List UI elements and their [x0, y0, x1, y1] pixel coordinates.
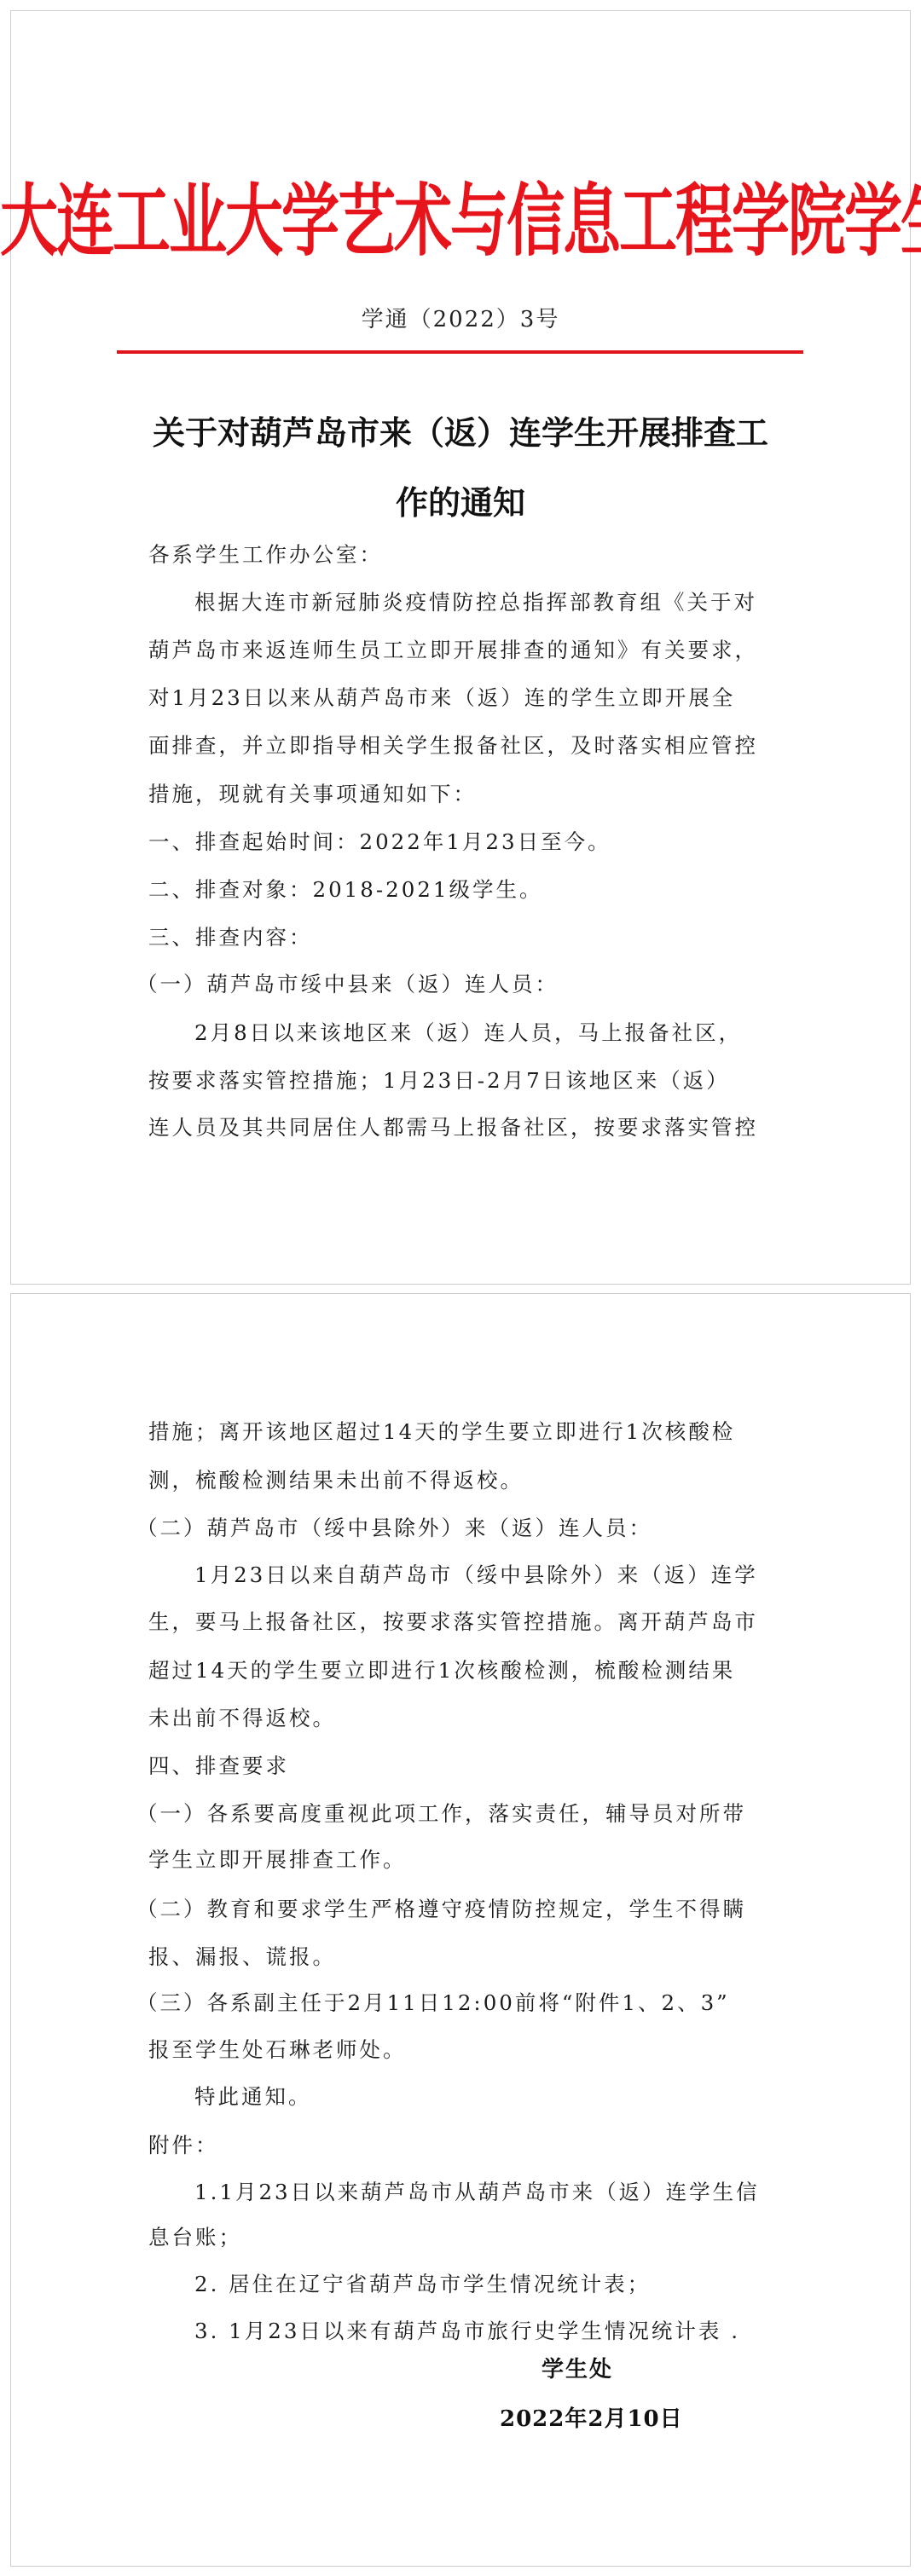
subsection-heading: （二）葫芦岛市（绥中县除外）来（返）连人员： [136, 1515, 652, 1542]
section-heading-2: 二、排查对象：2018-2021级学生。 [148, 876, 542, 904]
requirement-item: （一）各系要高度重视此项工作，落实责任，辅导员对所带 [136, 1800, 746, 1828]
attachment-item-continued: 息台账； [148, 2224, 242, 2251]
body-paragraph-line: 面排查，并立即指导相关学生报备社区，及时落实相应管控 [148, 732, 758, 760]
red-divider [117, 350, 803, 354]
signature-office: 学生处 [542, 2355, 613, 2384]
attachments-label: 附件： [148, 2132, 219, 2159]
body-paragraph-line: 按要求落实管控措施；1月23日-2月7日该地区来（返） [148, 1067, 730, 1095]
body-paragraph-line: 学生立即开展排查工作。 [148, 1846, 407, 1874]
notice-title-line-1: 关于对葫芦岛市来（返）连学生开展排查工 [0, 413, 921, 453]
subsection-heading: （一）葫芦岛市绥中县来（返）连人员： [136, 971, 559, 998]
attachment-item: 2. 居住在辽宁省葫芦岛市学生情况统计表； [194, 2271, 651, 2298]
body-paragraph-line: 对1月23日以来从葫芦岛市来（返）连的学生立即开展全 [148, 684, 735, 712]
body-paragraph-line: 测，梳酸检测结果未出前不得返校。 [148, 1467, 524, 1494]
section-heading-1: 一、排查起始时间：2022年1月23日至今。 [148, 829, 611, 856]
body-paragraph-line: 1月23日以来自葫芦岛市（绥中县除外）来（返）连学 [194, 1562, 758, 1589]
attachment-item: 3. 1月23日以来有葫芦岛市旅行史学生情况统计表 . [194, 2318, 740, 2345]
body-paragraph-line: 未出前不得返校。 [148, 1705, 336, 1732]
body-paragraph-line: 报、漏报、谎报。 [148, 1944, 336, 1971]
requirement-item: （二）教育和要求学生严格遵守疫情防控规定，学生不得瞒 [136, 1896, 746, 1923]
closing-phrase: 特此通知。 [194, 2083, 312, 2111]
body-paragraph-line: 连人员及其共同居住人都需马上报备社区，按要求落实管控 [148, 1114, 758, 1141]
body-paragraph-line: 报至学生处石琳老师处。 [148, 2036, 407, 2064]
salutation: 各系学生工作办公室： [148, 541, 383, 569]
body-paragraph-line: 生，要马上报备社区，按要求落实管控措施。离开葫芦岛市 [148, 1609, 758, 1636]
body-paragraph-line: 葫芦岛市来返连师生员工立即开展排查的通知》有关要求， [148, 637, 758, 664]
notice-title-line-2: 作的通知 [0, 482, 921, 523]
requirement-item: （三）各系副主任于2月11日12:00前将“附件1、2、3” [136, 1990, 730, 2017]
organization-title: 大连工业大学艺术与信息工程学院学生工作处 [0, 165, 921, 280]
body-paragraph-line: 根据大连市新冠肺炎疫情防控总指挥部教育组《关于对 [194, 589, 757, 616]
body-paragraph-line: 2月8日以来该地区来（返）连人员，马上报备社区， [194, 1019, 742, 1047]
body-paragraph-line: 措施，现就有关事项通知如下： [148, 781, 477, 808]
body-paragraph-line: 措施；离开该地区超过14天的学生要立即进行1次核酸检 [148, 1418, 735, 1446]
section-heading-4: 四、排查要求 [148, 1753, 289, 1780]
signature-date: 2022年2月10日 [500, 2405, 683, 2434]
section-heading-3: 三、排查内容： [148, 924, 313, 951]
body-paragraph-line: 超过14天的学生要立即进行1次核酸检测，梳酸检测结果 [148, 1657, 735, 1684]
document-number: 学通（2022）3号 [0, 305, 921, 334]
attachment-item: 1.1月23日以来葫芦岛市从葫芦岛市来（返）连学生信 [194, 2179, 760, 2206]
